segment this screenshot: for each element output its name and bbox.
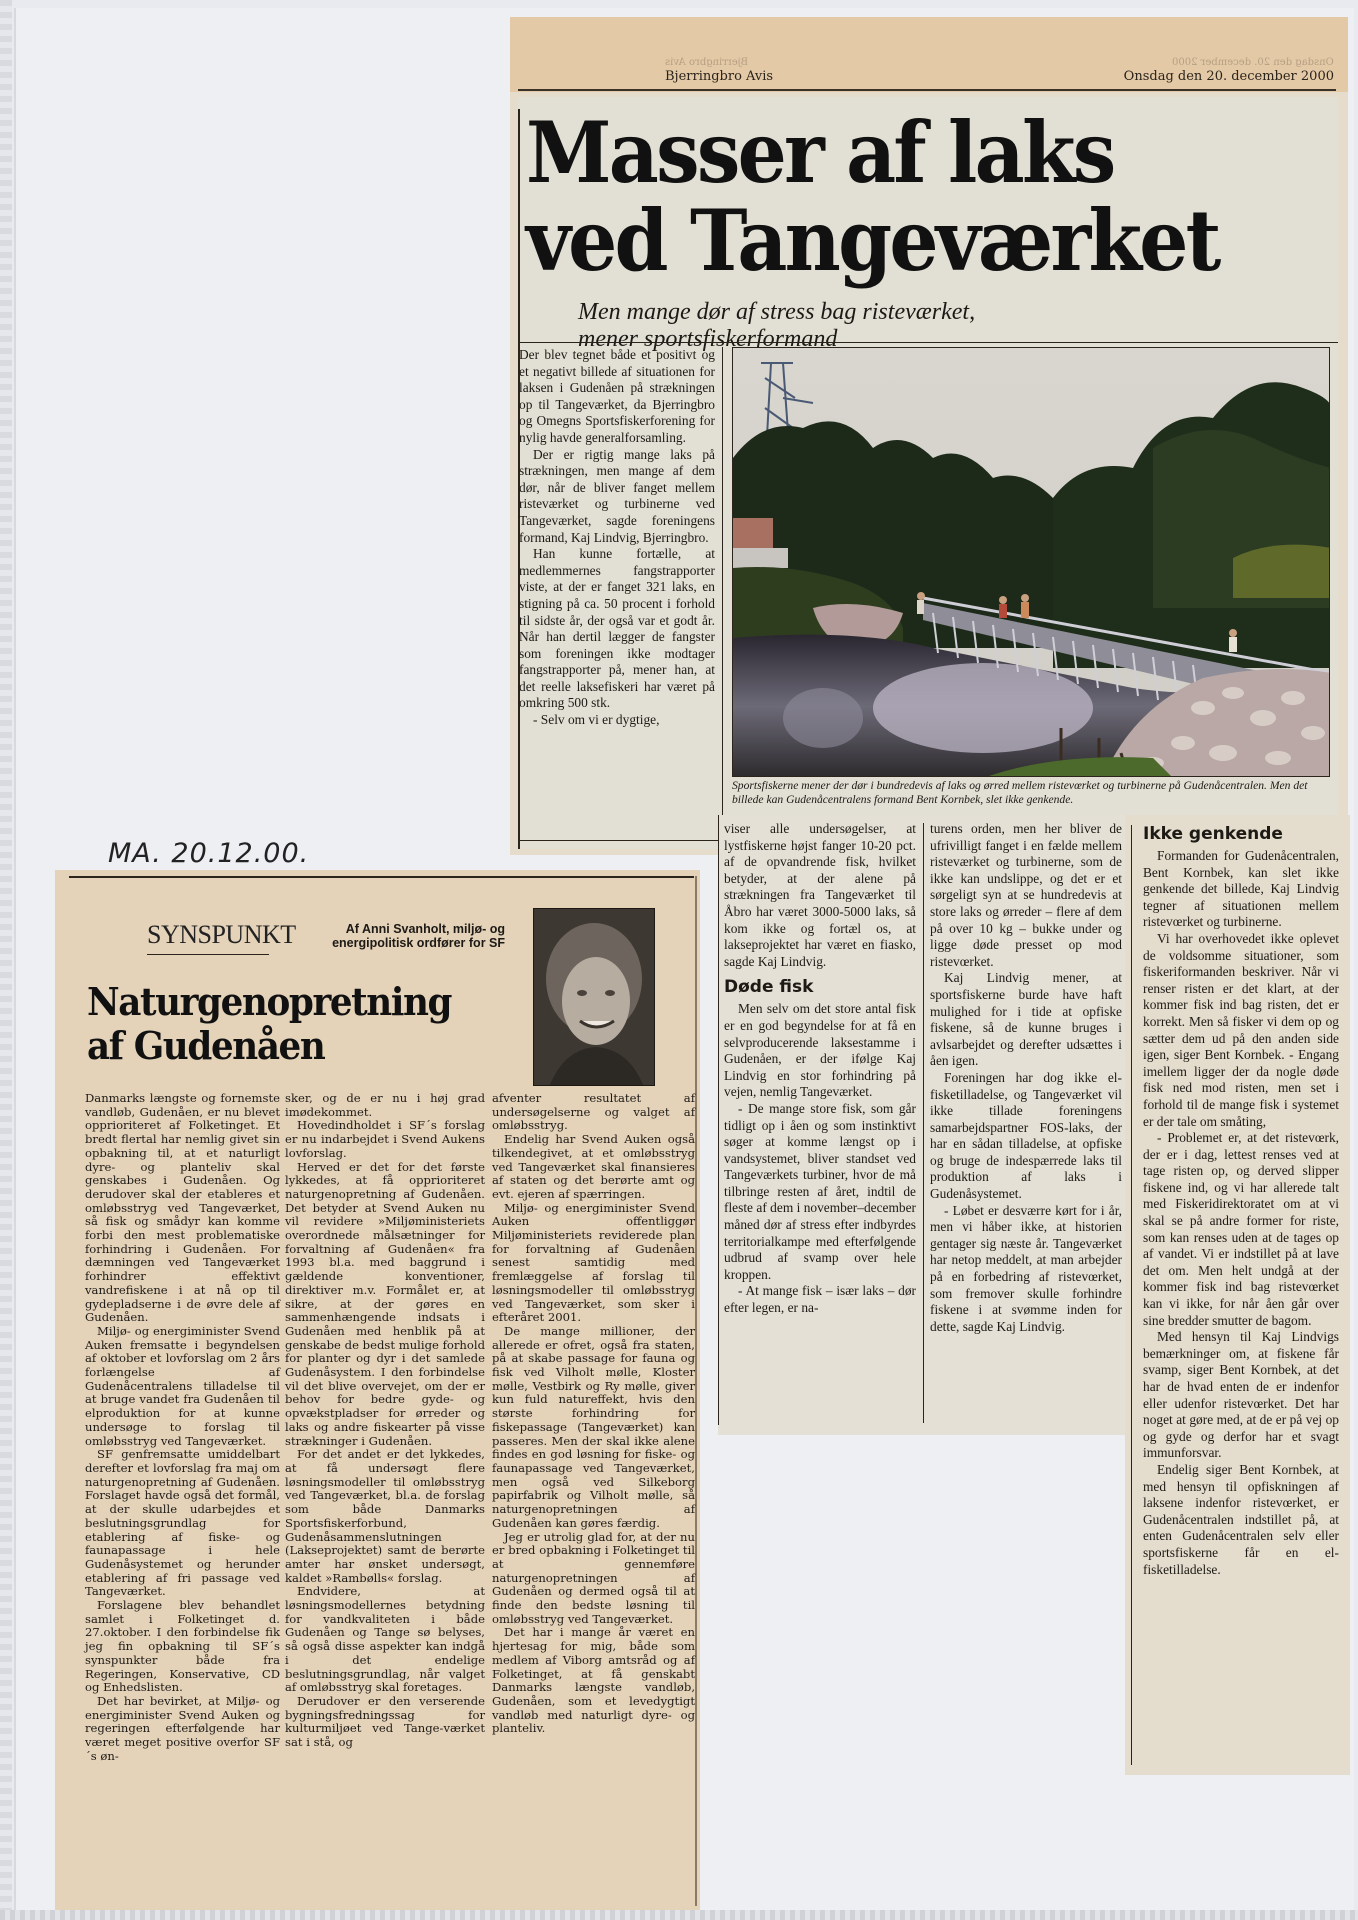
main-article-clipping: Bjerringbro Avis Onsdag den 20. december… bbox=[510, 17, 1348, 855]
paragraph: Danmarks længste og fornemste vandløb, G… bbox=[85, 1092, 280, 1325]
paragraph: Der blev tegnet både et positivt og et n… bbox=[519, 347, 715, 447]
photo-salmon-weir bbox=[732, 347, 1330, 777]
photo-caption: Sportsfiskerne mener der dør i bundredev… bbox=[732, 779, 1330, 806]
bleedthrough-text: Bjerringbro Avis bbox=[665, 57, 748, 68]
paragraph: Miljø- og energiminister Svend Auken off… bbox=[492, 1202, 695, 1325]
paragraph: Jeg er utrolig glad for, at der nu er br… bbox=[492, 1531, 695, 1627]
paragraph: - De mange store fisk, som går tidligt o… bbox=[724, 1101, 916, 1284]
opinion-column-2: sker, og de er nu i høj grad imødekommet… bbox=[285, 1092, 485, 1750]
top-rule bbox=[69, 876, 694, 878]
subhead-line: Men mange dør af stress bag risteværket, bbox=[578, 299, 1198, 326]
paragraph: - At mange fisk – især laks – dør efter … bbox=[724, 1283, 916, 1316]
column-rule bbox=[718, 815, 719, 1425]
paragraph: Formanden for Gudenåcentralen, Bent Korn… bbox=[1143, 848, 1339, 931]
binder-edge bbox=[0, 0, 12, 1920]
opinion-column-3: afventer resultatet af undersøgelserne o… bbox=[492, 1092, 695, 1736]
author-portrait-photo bbox=[533, 908, 655, 1086]
paragraph: Det har bevirket, at Miljø- og energimin… bbox=[85, 1695, 280, 1764]
column-rule bbox=[1131, 825, 1132, 1765]
bottom-binder-strip bbox=[0, 1910, 1358, 1920]
headline-line: Naturgenopretning bbox=[87, 980, 482, 1024]
headline-line: ved Tangeværket bbox=[526, 197, 1271, 285]
paragraph: Endvidere, at løsningsmodellernes betydn… bbox=[285, 1585, 485, 1695]
paragraph: Kaj Lindvig mener, at sportsfiskerne bur… bbox=[930, 970, 1122, 1070]
paragraph: Miljø- og energiminister Svend Auken fre… bbox=[85, 1325, 280, 1448]
byline-line: energipolitisk ordfører for SF bbox=[305, 936, 505, 950]
author-byline: Af Anni Svanholt, miljø- og energipoliti… bbox=[305, 922, 505, 950]
section-rule bbox=[518, 342, 1338, 343]
headline-line: af Gudenåen bbox=[87, 1024, 482, 1068]
river-photo-icon bbox=[733, 348, 1330, 777]
portrait-icon bbox=[534, 909, 655, 1086]
paragraph: Forslagene blev behandlet samlet i Folke… bbox=[85, 1599, 280, 1695]
paragraph: Derudover er den verserende bygningsfred… bbox=[285, 1695, 485, 1750]
article-column-3: turens orden, men her bliver de ufrivill… bbox=[930, 821, 1122, 1335]
subheadline: Men mange dør af stress bag risteværket,… bbox=[578, 299, 1198, 353]
section-label-synspunkt: SYNSPUNKT bbox=[147, 920, 296, 950]
byline-line: Af Anni Svanholt, miljø- og bbox=[305, 922, 505, 936]
paragraph: For det andet er det lykkedes, at få und… bbox=[285, 1448, 485, 1585]
paragraph: Han kunne fortælle, at medlemmernes fang… bbox=[519, 546, 715, 712]
newspaper-name: Bjerringbro Avis bbox=[665, 69, 773, 84]
paragraph: Med hensyn til Kaj Lindvigs bemærkninger… bbox=[1143, 1329, 1339, 1462]
paragraph: Der er rigtig mange laks på strækningen,… bbox=[519, 447, 715, 547]
paragraph: De mange millioner, der allerede er ofre… bbox=[492, 1325, 695, 1531]
article-column-2: viser alle undersøgelser, at lystfiskern… bbox=[724, 821, 916, 1317]
opinion-column-1: Danmarks længste og fornemste vandløb, G… bbox=[85, 1092, 280, 1763]
article-column-4: Ikke genkende Formanden for Gudenåcentra… bbox=[1143, 823, 1339, 1578]
column-rule bbox=[722, 347, 723, 842]
paragraph: Herved er det for det første lykkedes, a… bbox=[285, 1161, 485, 1449]
subheading-dode-fisk: Døde fisk bbox=[724, 976, 916, 998]
paragraph: Foreningen har dog ikke el-fisketilladel… bbox=[930, 1070, 1122, 1203]
paragraph: Vi har overhovedet ikke oplevet de volds… bbox=[1143, 931, 1339, 1130]
main-article-side-column: Ikke genkende Formanden for Gudenåcentra… bbox=[1125, 815, 1350, 1775]
masthead-rule bbox=[518, 89, 1336, 91]
main-headline: Masser af laks ved Tangeværket bbox=[526, 109, 1271, 285]
paragraph: viser alle undersøgelser, at lystfiskern… bbox=[724, 821, 916, 970]
paragraph: Endelig siger Bent Kornbek, at med hensy… bbox=[1143, 1462, 1339, 1578]
publication-date: Onsdag den 20. december 2000 bbox=[1124, 69, 1334, 84]
paragraph: Endelig har Svend Auken også tilkendegiv… bbox=[492, 1133, 695, 1202]
paragraph: Det har i mange år været en hjertesag fo… bbox=[492, 1626, 695, 1736]
column-rule bbox=[923, 823, 924, 1423]
column-end-rule bbox=[519, 840, 719, 841]
handwritten-date-note: MA. 20.12.00. bbox=[108, 838, 309, 869]
paragraph: SF genfremsatte umiddelbart derefter et … bbox=[85, 1448, 280, 1599]
paragraph: Hovedindholdet i SF´s forslag er nu inda… bbox=[285, 1119, 485, 1160]
bleedthrough-text: Onsdag den 20. december 2000 bbox=[1172, 57, 1334, 68]
masthead: Bjerringbro Avis Onsdag den 20. december… bbox=[510, 17, 1348, 92]
paragraph: Men selv om det store antal fisk er en g… bbox=[724, 1001, 916, 1101]
article-column-1: Der blev tegnet både et positivt og et n… bbox=[519, 347, 715, 729]
paragraph: - Problemet er, at det ristevœrk, der er… bbox=[1143, 1130, 1339, 1329]
opinion-headline: Naturgenopretning af Gudenåen bbox=[87, 980, 482, 1068]
paragraph: afventer resultatet af undersøgelserne o… bbox=[492, 1092, 695, 1133]
opinion-article-clipping: SYNSPUNKT Af Anni Svanholt, miljø- og en… bbox=[55, 870, 700, 1910]
subheading-ikke-genkende: Ikke genkende bbox=[1143, 823, 1339, 845]
paragraph: turens orden, men her bliver de ufrivill… bbox=[930, 821, 1122, 970]
main-article-continuation: viser alle undersøgelser, at lystfiskern… bbox=[718, 815, 1128, 1435]
paragraph: sker, og de er nu i høj grad imødekommet… bbox=[285, 1092, 485, 1119]
right-rule bbox=[695, 876, 697, 1906]
paragraph: - Selv om vi er dygtige, bbox=[519, 712, 715, 729]
headline-line: Masser af laks bbox=[526, 109, 1271, 197]
paragraph: - Løbet er desværre kørt for i år, men v… bbox=[930, 1203, 1122, 1336]
section-label-rule bbox=[147, 954, 269, 955]
